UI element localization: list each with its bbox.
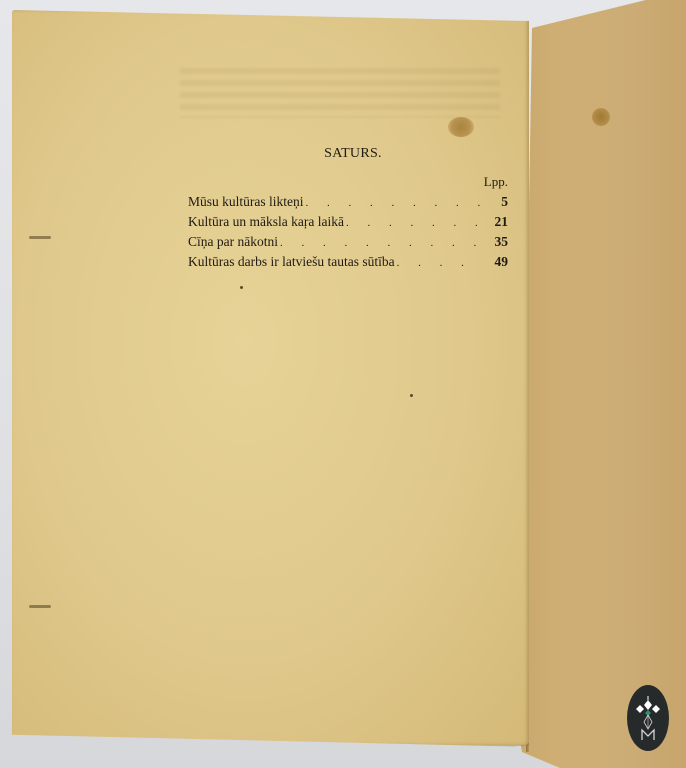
dot-leader: . . . . . . . . . . . . . . . . . . . . … (346, 213, 482, 233)
ink-speck (410, 394, 413, 397)
back-cover-page (520, 0, 686, 768)
ink-speck (240, 286, 243, 289)
toc-entry-title: Cīņa par nākotni (188, 232, 278, 252)
staple-mark (29, 605, 51, 608)
front-page: SATURS. Lpp. Mūsu kultūras likteņi . . .… (12, 10, 529, 745)
toc-entry-title: Kultūras darbs ir latviešu tautas sūtība (188, 252, 395, 272)
watermark-logo (627, 685, 669, 751)
toc-entry: Cīņa par nākotni . . . . . . . . . . . .… (188, 232, 508, 252)
dot-leader: . . . . . . . . . . . . . . . . . . . . … (306, 193, 483, 213)
toc-entry: Mūsu kultūras likteņi . . . . . . . . . … (188, 192, 508, 212)
paper-stain (448, 117, 474, 137)
toc-entry-page: 21 (488, 212, 508, 232)
toc-entry: Kultūra un māksla kaŗa laikā . . . . . .… (188, 212, 508, 232)
dot-leader: . . . . . . . . . . . . . . . . . . . . … (280, 233, 482, 253)
page-column-header: Lpp. (188, 174, 508, 190)
bleed-through-text (180, 68, 500, 118)
dot-leader: . . . . . . . . . . . . . . . . . . . . … (397, 253, 482, 273)
toc-entry-page: 5 (488, 192, 508, 212)
toc-title: SATURS. (198, 146, 508, 162)
toc-entry-page: 49 (488, 252, 508, 272)
toc-entry: Kultūras darbs ir latviešu tautas sūtība… (188, 252, 508, 272)
ornament-logo-icon (633, 693, 663, 743)
table-of-contents: SATURS. Lpp. Mūsu kultūras likteņi . . .… (188, 146, 508, 272)
staple-mark (29, 236, 51, 239)
toc-entry-title: Mūsu kultūras likteņi (188, 192, 304, 212)
toc-entry-title: Kultūra un māksla kaŗa laikā (188, 212, 344, 232)
toc-entry-page: 35 (488, 232, 508, 252)
